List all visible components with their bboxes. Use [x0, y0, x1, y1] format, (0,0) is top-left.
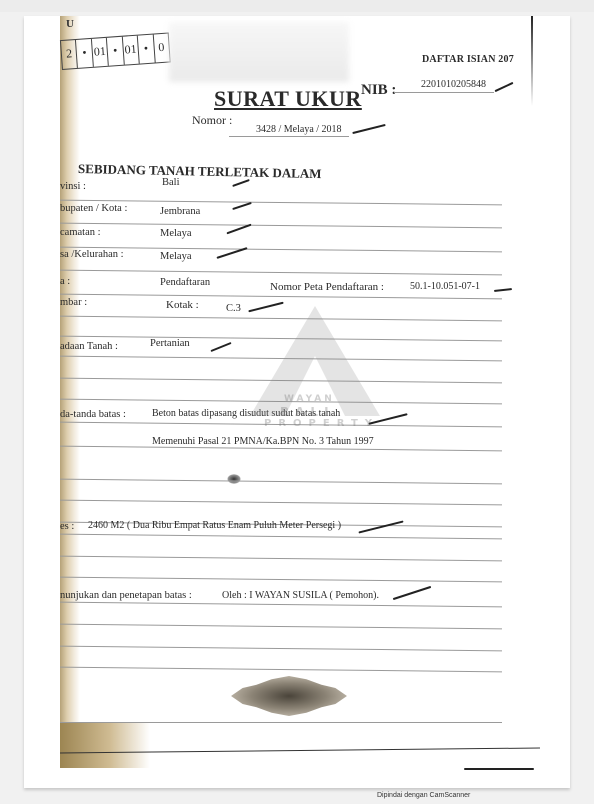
nomor-label: Nomor :: [192, 113, 232, 128]
paraf-mark: [495, 82, 514, 92]
field-label-kecamatan: camatan :: [60, 227, 101, 238]
field-underline: [60, 223, 502, 229]
official-seal-ornament: [231, 676, 347, 716]
vertical-rule: [531, 16, 533, 106]
blank-line: [60, 646, 502, 652]
camscanner-footer: Dipindai dengan CamScanner: [377, 792, 470, 799]
field-value-peta: Pendaftaran: [160, 277, 210, 288]
watermark-text-3: PROPERTY: [264, 418, 379, 429]
field-label-kabupaten: bupaten / Kota :: [60, 203, 127, 214]
paraf-mark: [210, 342, 231, 352]
field-underline: [229, 136, 349, 137]
nib-label: NIB :: [361, 82, 396, 99]
nomor-value: 3428 / Melaya / 2018: [256, 124, 342, 135]
paraf-mark: [393, 586, 432, 600]
field-underline: [60, 602, 502, 608]
field-value-kelurahan: Melaya: [160, 251, 192, 262]
field-label-provinsi: vinsi :: [60, 181, 86, 192]
number-strip: 2 • 01 • 01 • 0: [60, 32, 171, 70]
paraf-mark: [352, 124, 385, 134]
strip-cell: 0: [152, 34, 169, 63]
field-value-kotak: C.3: [226, 303, 241, 314]
watermark-text-1: WAYAN: [284, 394, 335, 404]
field-label-gambar: mbar :: [60, 297, 87, 308]
field-label-peta: a :: [60, 276, 70, 287]
paraf-mark: [358, 520, 403, 533]
redacted-area: [169, 22, 349, 82]
paper-fold-shadow: [60, 16, 80, 768]
peta-number-label: Nomor Peta Pendaftaran :: [270, 281, 384, 293]
watermark-text-2: BALI: [280, 405, 335, 419]
field-value-luas: 2460 M2 ( Dua Ribu Empat Ratus Enam Pulu…: [88, 520, 341, 531]
document-title: SURAT UKUR: [214, 86, 362, 112]
field-value-penunjukan: Oleh : I WAYAN SUSILA ( Pemohon).: [222, 590, 379, 601]
watermark-logo: [250, 306, 380, 456]
blank-line: [60, 577, 502, 583]
blank-line: [60, 479, 502, 485]
paper-fold-shadow-bottom: [60, 722, 150, 768]
blank-line: [60, 500, 502, 506]
field-underline: [60, 294, 502, 300]
blank-line: [60, 722, 502, 723]
form-code: DAFTAR ISIAN 207: [422, 54, 514, 65]
paraf-mark: [494, 288, 512, 292]
field-label-tanda-batas: da-tanda batas :: [60, 409, 126, 420]
field-value-kecamatan: Melaya: [160, 228, 192, 239]
field-label-keadaan-tanah: adaan Tanah :: [60, 341, 118, 352]
bottom-rule: [464, 768, 534, 770]
blank-line: [60, 624, 502, 630]
blank-line: [60, 667, 502, 673]
field-underline: [60, 534, 502, 540]
field-label-kelurahan: sa /Kelurahan :: [60, 249, 124, 260]
field-value-keadaan-tanah: Pertanian: [150, 338, 190, 349]
paraf-mark: [232, 202, 252, 210]
field-underline: [394, 92, 494, 93]
section-heading: SEBIDANG TANAH TERLETAK DALAM: [78, 161, 322, 182]
ink-smudge: [227, 474, 241, 484]
field-label-luas: es :: [60, 521, 74, 532]
viewer-top-bar: [0, 0, 594, 12]
peta-number-value: 50.1-10.051-07-1: [410, 281, 480, 292]
field-label-penunjukan: nunjukan dan penetapan batas :: [60, 590, 192, 601]
field-value-kotak-label: Kotak :: [166, 299, 199, 311]
field-underline: [60, 270, 502, 276]
scanned-document-page: U 2 • 01 • 01 • 0 DAFTAR ISIAN 207 NIB :…: [24, 16, 570, 788]
blank-line: [60, 556, 502, 562]
cropped-top-mark: U: [66, 18, 74, 30]
field-underline: [60, 247, 502, 253]
field-value-kabupaten: Jembrana: [160, 206, 200, 217]
field-value-provinsi: Bali: [162, 177, 180, 188]
nib-value: 2201010205848: [421, 79, 486, 90]
